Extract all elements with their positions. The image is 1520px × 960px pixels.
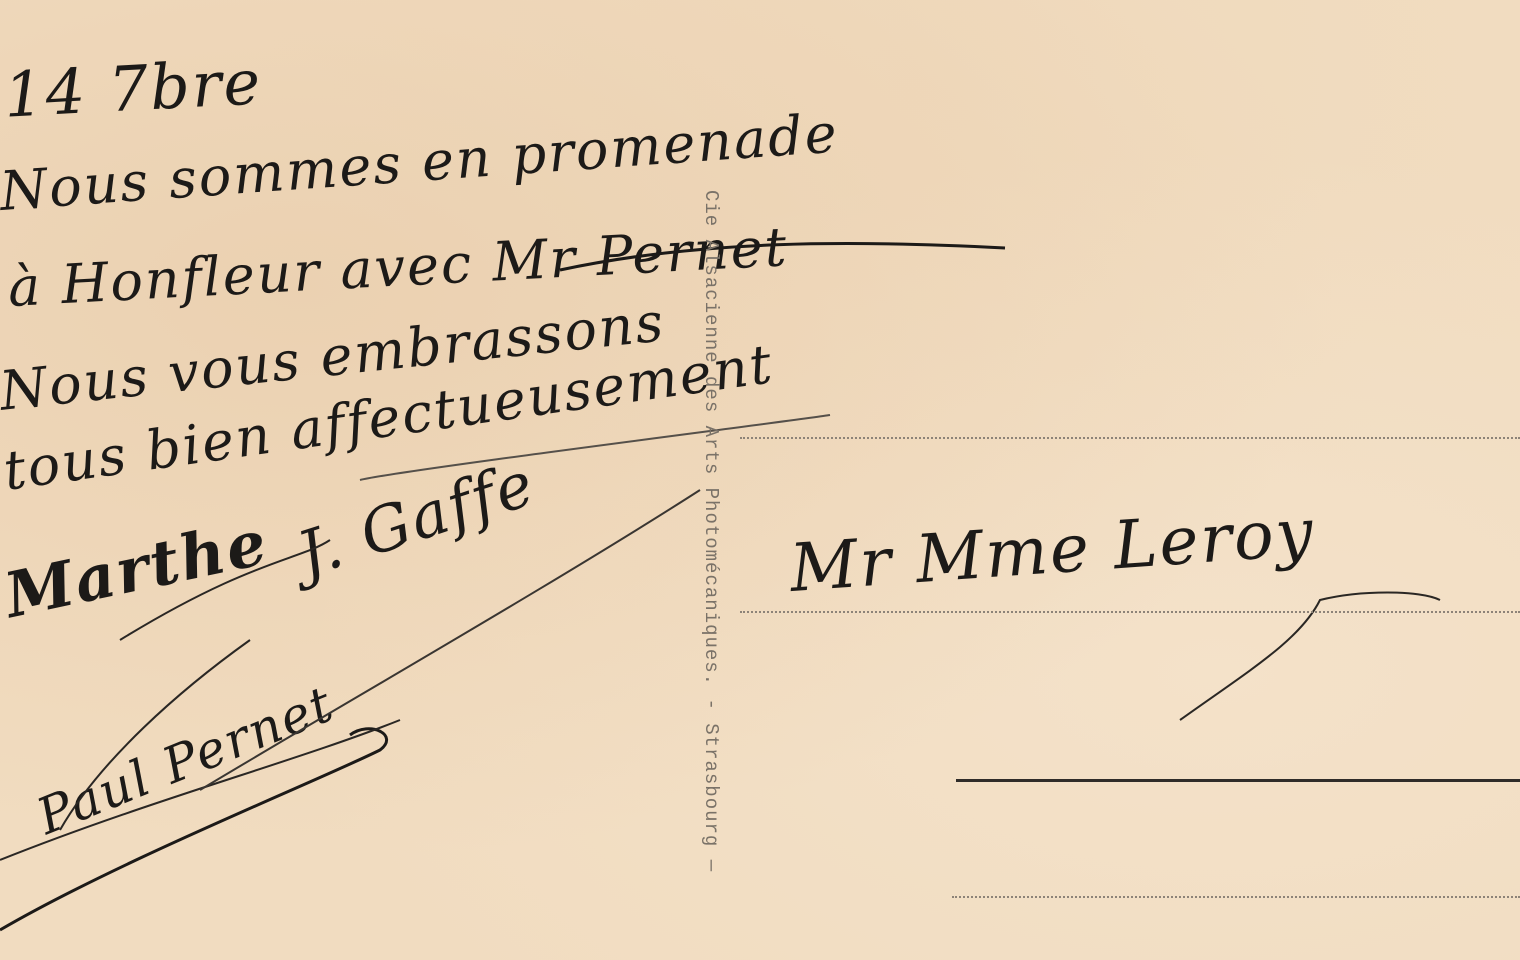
address-line-1 bbox=[740, 437, 1520, 439]
address-line-3 bbox=[956, 779, 1520, 782]
message-date: 14 7bre bbox=[2, 45, 264, 131]
address-line-2 bbox=[740, 611, 1520, 613]
publisher-imprint: Cie Alsacienne des Arts Photomécaniques.… bbox=[700, 190, 722, 872]
address-line-4 bbox=[952, 896, 1520, 898]
